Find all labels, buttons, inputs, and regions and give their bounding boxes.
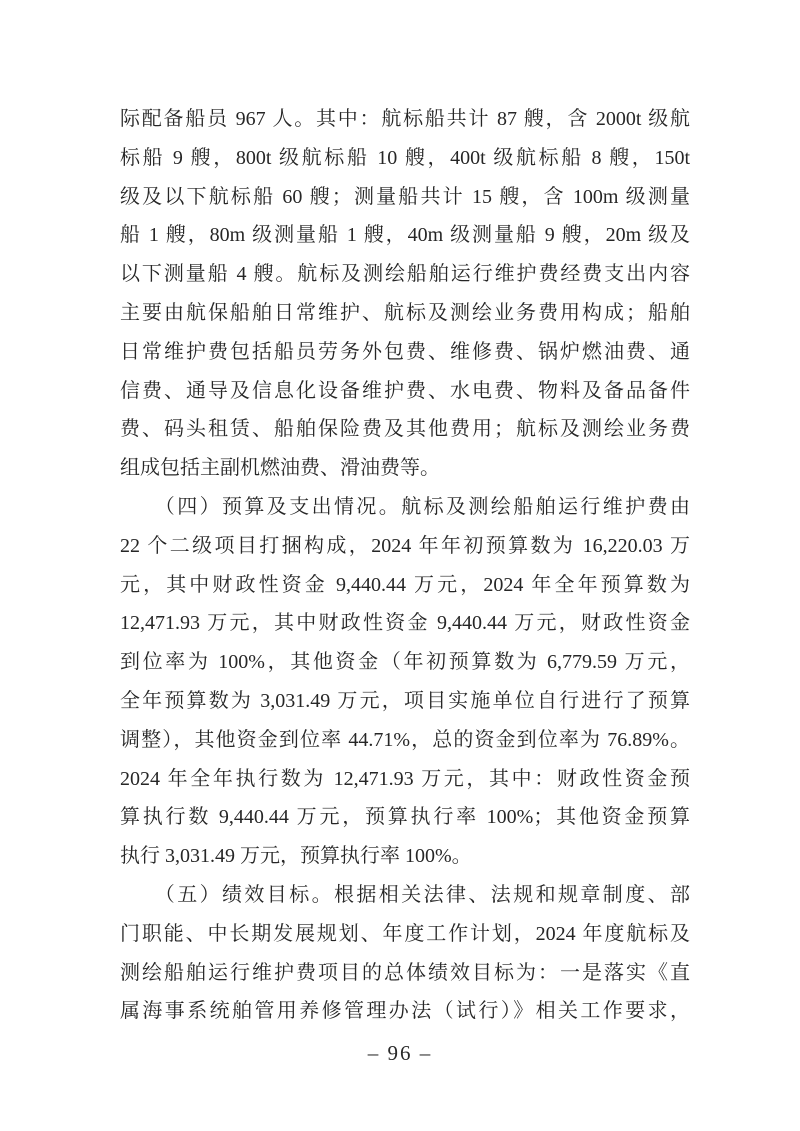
text-line: 级及以下航标船 60 艘；测量船共计 15 艘，含 100m 级测量 [120,178,690,217]
text-line-paragraph-start: （五）绩效目标。根据相关法律、法规和规章制度、部 [120,876,690,915]
text-line: 费、码头租赁、船舶保险费及其他费用；航标及测绘业务费 [120,410,690,449]
text-line: 2024 年全年执行数为 12,471.93 万元，其中：财政性资金预 [120,760,690,799]
text-line: 日常维护费包括船员劳务外包费、维修费、锅炉燃油费、通 [120,333,690,372]
document-page: 际配备船员 967 人。其中：航标船共计 87 艘，含 2000t 级航 标船 … [0,0,800,1131]
text-line-paragraph-end: 执行 3,031.49 万元，预算执行率 100%。 [120,837,690,876]
text-line: 12,471.93 万元，其中财政性资金 9,440.44 万元，财政性资金 [120,604,690,643]
text-line: 到位率为 100%，其他资金（年初预算数为 6,779.59 万元， [120,643,690,682]
text-line: 标船 9 艘，800t 级航标船 10 艘，400t 级航标船 8 艘，150t [120,139,690,178]
text-line: 船 1 艘，80m 级测量船 1 艘，40m 级测量船 9 艘，20m 级及 [120,216,690,255]
text-line: 22 个二级项目打捆构成，2024 年年初预算数为 16,220.03 万 [120,527,690,566]
page-number: – 96 – [0,1040,800,1066]
text-line: 调整），其他资金到位率 44.71%，总的资金到位率为 76.89%。 [120,721,690,760]
text-line: 门职能、中长期发展规划、年度工作计划，2024 年度航标及 [120,915,690,954]
text-line: 测绘船舶运行维护费项目的总体绩效目标为：一是落实《直 [120,954,690,993]
text-line-paragraph-start: （四）预算及支出情况。航标及测绘船舶运行维护费由 [120,488,690,527]
text-line: 属海事系统舶管用养修管理办法（试行）》相关工作要求， [120,992,690,1031]
text-line: 元，其中财政性资金 9,440.44 万元，2024 年全年预算数为 [120,566,690,605]
text-line: 以下测量船 4 艘。航标及测绘船舶运行维护费经费支出内容 [120,255,690,294]
text-line: 全年预算数为 3,031.49 万元，项目实施单位自行进行了预算 [120,682,690,721]
text-line: 算执行数 9,440.44 万元，预算执行率 100%；其他资金预算 [120,798,690,837]
text-block: 际配备船员 967 人。其中：航标船共计 87 艘，含 2000t 级航 标船 … [120,100,690,1031]
text-line: 际配备船员 967 人。其中：航标船共计 87 艘，含 2000t 级航 [120,100,690,139]
text-line: 主要由航保船舶日常维护、航标及测绘业务费用构成；船舶 [120,294,690,333]
text-line-paragraph-end: 组成包括主副机燃油费、滑油费等。 [120,449,690,488]
text-line: 信费、通导及信息化设备维护费、水电费、物料及备品备件 [120,372,690,411]
